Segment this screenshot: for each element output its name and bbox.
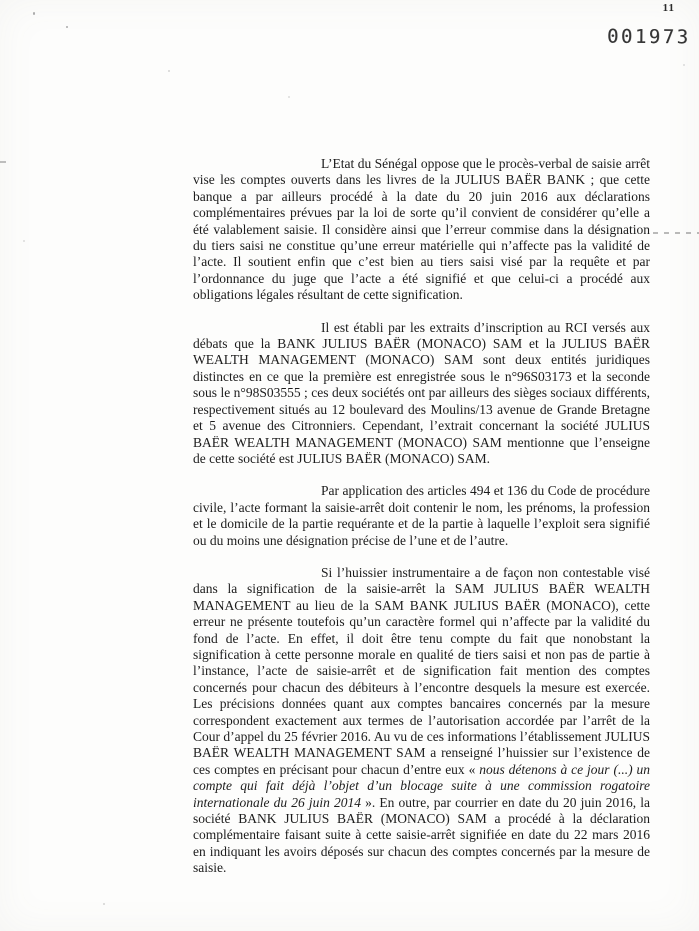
paragraph-state-senegal-position: L’Etat du Sénégal oppose que le procès-v… bbox=[193, 156, 650, 304]
scan-speck bbox=[23, 240, 25, 242]
paragraph-code-procedure: Par application des articles 494 et 136 … bbox=[193, 483, 650, 549]
scan-artifact-tick bbox=[0, 161, 6, 163]
scan-speck bbox=[103, 903, 105, 905]
paragraph-huissier-analysis: Si l’huissier instrumentaire a de façon … bbox=[193, 565, 650, 877]
scan-speck bbox=[33, 12, 35, 15]
page-number: 11 bbox=[663, 2, 675, 14]
document-body-text: L’Etat du Sénégal oppose que le procès-v… bbox=[193, 156, 650, 893]
paragraph-text: Par application des articles 494 et 136 … bbox=[193, 483, 650, 547]
scan-artifact-dashes bbox=[653, 232, 699, 234]
scan-speck bbox=[168, 70, 170, 72]
paragraph-rci-entities: Il est établi par les extraits d’inscrip… bbox=[193, 320, 650, 468]
scan-speck bbox=[683, 64, 685, 66]
scan-speck bbox=[288, 96, 290, 98]
paragraph-text: L’Etat du Sénégal oppose que le procès-v… bbox=[193, 156, 650, 302]
scan-speck bbox=[66, 26, 68, 28]
paragraph-segment: Si l’huissier instrumentaire a de façon … bbox=[193, 565, 650, 777]
bates-stamp-number: 001973 bbox=[607, 26, 691, 49]
paragraph-text: Il est établi par les extraits d’inscrip… bbox=[193, 320, 650, 466]
document-page: 11 001973 L’Etat du Sénégal oppose que l… bbox=[0, 0, 699, 931]
